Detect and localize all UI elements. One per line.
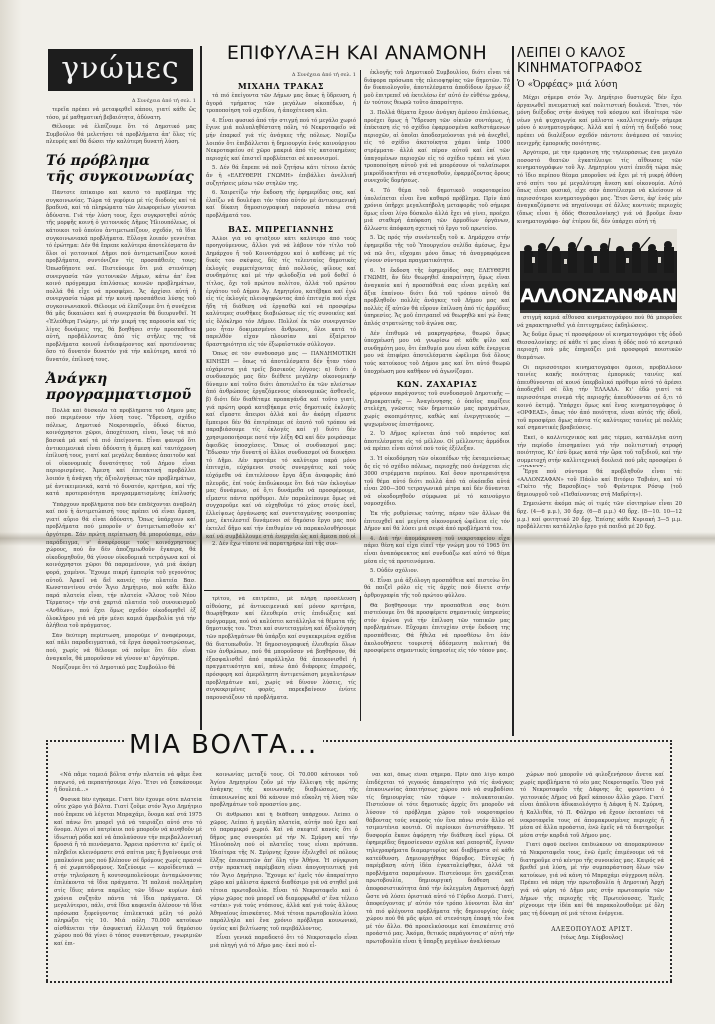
article-paragraph: 5. Οὐδέν σχόλιον. <box>364 568 510 576</box>
article-paragraph: ναι καί, ὅπως εἶναι σήμερα. Πρίν ἀπό λίγ… <box>366 772 514 947</box>
article-paragraph: Νομίζουμε ὅτι τό Δημοτικό μας Συμβούλιο … <box>46 665 196 673</box>
bottom-col-1: «Νά πᾶμε ταμειά βόλτα στήν πλατεία νά φᾶ… <box>54 772 202 951</box>
article-paragraph: Ἄς δοῦμε ὅμως τί προσφέρουν οἱ κινηματογ… <box>517 332 682 362</box>
article-paragraph: Ὅπως σέ τόν συνδυασμό μας — ΠΑΝΔΗΜΟΤΙΚΗ … <box>206 351 356 539</box>
article-paragraph: Σημειώστε ἀκόμα πώς οἱ τιμές τῶν εἰσιτηρ… <box>517 501 682 531</box>
article-paragraph: Πάντοτε ἐπίκαιρο καί καυτό τό πρόβλημα τ… <box>46 190 196 365</box>
section-rule <box>204 590 360 591</box>
article-paragraph: Γιατί ἀφοῦ ἐκεῖνοι ἐπιδιώκουν νά ἀπομακρ… <box>520 842 664 918</box>
intro-paragraph: Θέλουμε νά ἐλπίζουμε ὅτι τό Δημοτικό μας… <box>46 124 196 147</box>
article-paragraph: Μέχρι σήμερα στόν Ἅγ. Δημήτριο δυστυχῶς … <box>517 95 682 148</box>
article-paragraph: 5. Δέν θά ἔπρεπε νά ποῦ ζητήσω κάτι τέτο… <box>206 165 356 188</box>
dotted-border <box>46 740 48 981</box>
article-paragraph: Ἐκεῖ, ὁ καλλιτεχνικός καί μάς τέρμει, κα… <box>517 435 682 467</box>
article-paragraph: στιγμή καμιά αἴθουσα κινηματογράφου πού … <box>517 315 682 330</box>
headline-main: ΕΠΙΦΥΛΑΞΗ ΚΑΙ ΑΝΑΜΟΝΗ <box>207 42 507 64</box>
dotted-border <box>670 740 672 981</box>
article-paragraph: 3. Πολλά θέματα ἔχουν ἀνάγκη ἀμέσου ἐπιλ… <box>364 110 510 186</box>
article-paragraph: 5. Ὡς πρός τήν συνέντευξη τοῦ κ. Δημάρχο… <box>364 235 510 265</box>
article-paragraph: 3. Ἡ οἰκοδόμηση τῶν οἰκοπέδων τῆς ἐκταμι… <box>364 456 510 509</box>
center-right-subcolumn: ἐκλογῆς τοῦ Δημοτικοῦ Συμβουλίου, διότι … <box>364 70 510 658</box>
bottom-col-3: ναι καί, ὅπως εἶναι σήμερα. Πρίν ἀπό λίγ… <box>366 772 514 949</box>
column-rule <box>360 596 361 721</box>
newspaper-page: γνώμες Δ Συνέχεια ἀπό τή σελ. 1 τερεῖα π… <box>0 0 715 1024</box>
article-paragraph: Ἄλλοι γιά νά φτιάξουν κάτι καλύτερο ἀπό … <box>206 236 356 350</box>
article-paragraph: Ἔργα πού σύντομα θά προβληθοῦν εἶναι τά:… <box>517 469 682 499</box>
film-still-image: ΑΛΛΟΝΖΑΝΦΑΝ <box>520 229 677 313</box>
headline-cinema: ΛΕΙΠΕΙ Ο ΚΑΛΟΣ ΚΙΝΗΜΑΤΟΓΡΑΦΟΣ <box>517 46 682 76</box>
article-paragraph: Εἶναι γενικά παραδεκτό ὅτι τό Νεκροταφεῖ… <box>210 935 358 950</box>
paper-crease <box>0 532 715 546</box>
article-paragraph: 4. Εἶναι φυσικό ἀπό τήν στιγμή πού τό με… <box>206 118 356 164</box>
byline-trakas: ΜΙΧΑΗΛ ΤΡΑΚΑΣ <box>206 81 356 91</box>
byline-zacharias: ΚΩΝ. ΖΑΧΑΡΙΑΣ <box>364 379 510 389</box>
column-rule <box>200 46 202 736</box>
article-paragraph: Δέν ἐπιθυμῶ νά μακρηγορήσω, θεωρῶ ὅμως ὑ… <box>364 331 510 377</box>
article-paragraph: ἐκλογῆς τοῦ Δημοτικοῦ Συμβουλίου, διότι … <box>364 70 510 108</box>
article-heading-transport: Τό πρόβλημα τῆς συγκοινωνίας <box>46 153 196 185</box>
dotted-border <box>46 981 672 983</box>
column-rule <box>360 70 361 540</box>
paper-fold-shadow <box>0 0 22 1024</box>
article-paragraph: χώρων πού μποροῦν νά φιλοξενήσουν ἄνετα … <box>520 772 664 840</box>
right-column: ΛΕΙΠΕΙ Ο ΚΑΛΟΣ ΚΙΝΗΜΑΤΟΓΡΑΦΟΣ Ὁ «Ὀρφέας»… <box>517 46 682 534</box>
article-paragraph: 6. Εἶναι μιά ἀξιόλογη προσπάθεια καί πισ… <box>364 578 510 601</box>
article-paragraph: 6. Ἡ ἔκδοση τῆς ἐφημερίδος σας ΕΛΕΥΘΕΡΗ … <box>364 268 510 329</box>
article-paragraph: Ἐκ τῆς ρυθμίσεως ταύτης, πέραν τῶν ἄλλων… <box>364 511 510 534</box>
article-paragraph: Ἀργότερα, μέ τήν ἐμφάνιση τῆς τηλεοράσεω… <box>517 150 682 226</box>
bottom-col-2: κοινωνίας μεταξύ τους. Οἱ 70.000 κάτοικο… <box>210 772 358 953</box>
article-paragraph: 2. Ὁ Δῆμος κρίνεται ἀπό τοῦ παρόντος καί… <box>364 431 510 454</box>
article-paragraph: Πολλά καί δύσκολα τά προβλήματα τοῦ Δήμο… <box>46 408 196 500</box>
article-paragraph: Οἱ ἄνθρωποι καί ἡ διάθεση ὑπάρχουν. Λείπ… <box>210 812 358 934</box>
article-paragraph: Φυσικά δέν ἐγήκαμε. Γιατί δέν ἔχουμε οὔτ… <box>54 797 202 949</box>
continued-note: Δ Συνέχεια ἀπό τή σελ. 1 <box>46 98 196 104</box>
article-paragraph: Οἱ περισσότεροι κινηματογράφοι ὅμοιοι, π… <box>517 365 682 433</box>
author-signature: ΑΛΕΞΟΠΟΥΛΟΣ ΑΡΙΣΤ. <box>520 926 664 933</box>
bottom-article-box: ΜΙΑ ΒΟΛΤΑ... «Νά πᾶμε ταμειά βόλτα στήν … <box>46 738 672 983</box>
center-bottom-continuation: τρίτου, νά επιτρέπει, μέ πλήρη προσέλευσ… <box>206 596 356 704</box>
center-left-subcolumn: Δ Συνέχεια ἀπό τή σελ. 1 ΜΙΧΑΗΛ ΤΡΑΚΑΣ τ… <box>206 70 356 551</box>
headline-mia-volta: ΜΙΑ ΒΟΛΤΑ... <box>124 730 323 760</box>
left-column: Δ Συνέχεια ἀπό τή σελ. 1 τερεῖα πρέπει ν… <box>46 96 196 675</box>
article-paragraph: κοινωνίας μεταξύ τους. Οἱ 70.000 κάτοικο… <box>210 772 358 810</box>
film-title-text: ΑΛΛΟΝΖΑΝΦΑΝ <box>520 285 677 309</box>
byline-bregiannis: ΒΑΣ. ΜΠΡΕΓΙΑΝΝΗΣ <box>206 224 356 234</box>
article-paragraph: 4. Τό θέμα τοῦ δημοτικοῦ νεκροταφείου ὑπ… <box>364 188 510 234</box>
intro-paragraph: τερεῖα πρέπει νά μεταφερθεῖ κάπου, γιατί… <box>46 107 196 122</box>
subhead-orfeas: Ὁ «Ὀρφέας» μιά λύση <box>517 80 682 90</box>
article-paragraph: τρίτου, νά επιτρέπει, μέ πλήρη προσέλευσ… <box>206 596 356 702</box>
article-paragraph: «Νά πᾶμε ταμειά βόλτα στήν πλατεία νά φᾶ… <box>54 772 202 795</box>
article-heading-planning: Ἀνάγκη προγραμματισμοῦ <box>46 371 196 403</box>
author-title: (τέως Δημ. Σύμβουλος) <box>520 935 664 941</box>
crowd-illustration <box>520 237 677 281</box>
bottom-col-4: χώρων πού μποροῦν νά φιλοξενήσουν ἄνετα … <box>520 772 664 941</box>
article-paragraph: φέρνουν παράγοντες τοῦ συνδυασμοῦ Δημοτι… <box>364 391 510 429</box>
article-paragraph: Ὑπάρχουν προβλήματα πού δέν ἐπιδέχονται … <box>46 502 196 631</box>
column-rule <box>512 46 514 736</box>
article-paragraph: 6. Χαιρετίζω τήν ἔκδοση τῆς ἐφημερίδας σ… <box>206 190 356 220</box>
article-paragraph: τά πιό ἐπείγοντα τῶν Δήμων μας ὅπως ἡ ὕδ… <box>206 93 356 116</box>
continued-note: Δ Συνέχεια ἀπό τή σελ. 1 <box>206 72 356 78</box>
article-paragraph: Σάν δεύτερη περίπτωση, μποροῦμε ν' ἀναφέ… <box>46 633 196 663</box>
section-title-gnomes: γνώμες <box>48 49 193 91</box>
article-paragraph: Θά βοηθήσουμε τήν προσπάθειά σας διότι π… <box>364 603 510 656</box>
